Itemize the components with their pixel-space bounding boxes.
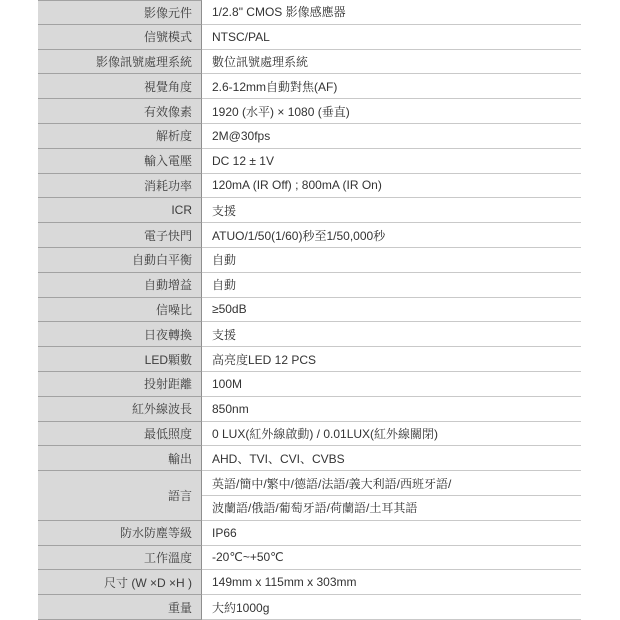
row-value-cell: 支援: [202, 322, 581, 347]
table-row: 最低照度0 LUX(紅外線啟動) / 0.01LUX(紅外線關閉): [38, 422, 581, 447]
table-row: 信噪比≥50dB: [38, 298, 581, 323]
row-label: 影像訊號處理系統: [38, 50, 202, 75]
row-label: 信號模式: [38, 25, 202, 50]
table-row: 影像元件1/2.8" CMOS 影像感應器: [38, 0, 581, 25]
table-row: 輸入電壓DC 12 ± 1V: [38, 149, 581, 174]
row-value: 高亮度LED 12 PCS: [202, 347, 581, 372]
row-value: 149mm x 115mm x 303mm: [202, 570, 581, 595]
row-value: AHD、TVI、CVI、CVBS: [202, 446, 581, 471]
row-label: 信噪比: [38, 298, 202, 323]
row-value: NTSC/PAL: [202, 25, 581, 50]
row-label: 電子快門: [38, 223, 202, 248]
row-value-cell: 850nm: [202, 397, 581, 422]
row-value: 850nm: [202, 397, 581, 422]
table-row: 影像訊號處理系統數位訊號處理系統: [38, 50, 581, 75]
row-label: 消耗功率: [38, 174, 202, 199]
row-value-cell: NTSC/PAL: [202, 25, 581, 50]
row-label: 視覺角度: [38, 74, 202, 99]
row-value-cell: 高亮度LED 12 PCS: [202, 347, 581, 372]
table-row: 解析度2M@30fps: [38, 124, 581, 149]
row-value: 2.6-12mm自動對焦(AF): [202, 74, 581, 99]
row-value: 數位訊號處理系統: [202, 50, 581, 75]
row-label: 防水防塵等級: [38, 521, 202, 546]
table-row: 尺寸 (W ×D ×H )149mm x 115mm x 303mm: [38, 570, 581, 595]
table-row: 投射距離100M: [38, 372, 581, 397]
table-row: 重量大約1000g: [38, 595, 581, 620]
row-value-cell: DC 12 ± 1V: [202, 149, 581, 174]
row-value-cell: ≥50dB: [202, 298, 581, 323]
table-row: 信號模式NTSC/PAL: [38, 25, 581, 50]
table-row: 輸出AHD、TVI、CVI、CVBS: [38, 446, 581, 471]
row-value: 2M@30fps: [202, 124, 581, 149]
table-row: 紅外線波長850nm: [38, 397, 581, 422]
row-value-cell: 100M: [202, 372, 581, 397]
row-value-cell: 149mm x 115mm x 303mm: [202, 570, 581, 595]
table-row: 電子快門ATUO/1/50(1/60)秒至1/50,000秒: [38, 223, 581, 248]
row-value-cell: 自動: [202, 273, 581, 298]
row-value: 大約1000g: [202, 595, 581, 620]
table-row: 自動增益自動: [38, 273, 581, 298]
row-value: DC 12 ± 1V: [202, 149, 581, 174]
row-label: 投射距離: [38, 372, 202, 397]
row-label: 紅外線波長: [38, 397, 202, 422]
row-value-cell: 2M@30fps: [202, 124, 581, 149]
row-label: 自動白平衡: [38, 248, 202, 273]
row-label: ICR: [38, 198, 202, 223]
row-value: ATUO/1/50(1/60)秒至1/50,000秒: [202, 223, 581, 248]
table-row: 有效像素1920 (水平) × 1080 (垂直): [38, 99, 581, 124]
row-value: 1/2.8" CMOS 影像感應器: [202, 0, 581, 25]
table-row: LED顆數高亮度LED 12 PCS: [38, 347, 581, 372]
table-row: 視覺角度2.6-12mm自動對焦(AF): [38, 74, 581, 99]
row-value-cell: 自動: [202, 248, 581, 273]
row-label: 最低照度: [38, 422, 202, 447]
table-row: ICR支援: [38, 198, 581, 223]
row-value-cell: 1920 (水平) × 1080 (垂直): [202, 99, 581, 124]
row-value-cell: 大約1000g: [202, 595, 581, 620]
row-value-cell: 數位訊號處理系統: [202, 50, 581, 75]
row-value-cell: -20℃~+50℃: [202, 546, 581, 571]
row-value-cell: 支援: [202, 198, 581, 223]
row-value-cell: 英語/簡中/繁中/德語/法語/義大利語/西班牙語/波蘭語/俄語/葡萄牙語/荷蘭語…: [202, 471, 581, 521]
row-value: 英語/簡中/繁中/德語/法語/義大利語/西班牙語/: [202, 471, 581, 496]
row-value: 120mA (IR Off) ; 800mA (IR On): [202, 174, 581, 199]
row-label: 自動增益: [38, 273, 202, 298]
table-row: 語言英語/簡中/繁中/德語/法語/義大利語/西班牙語/波蘭語/俄語/葡萄牙語/荷…: [38, 471, 581, 521]
row-label: 解析度: [38, 124, 202, 149]
row-value-cell: 1/2.8" CMOS 影像感應器: [202, 0, 581, 25]
row-value: IP66: [202, 521, 581, 546]
table-row: 防水防塵等級IP66: [38, 521, 581, 546]
row-value-cell: 120mA (IR Off) ; 800mA (IR On): [202, 174, 581, 199]
row-label: 語言: [38, 471, 202, 521]
spec-table: 影像元件1/2.8" CMOS 影像感應器信號模式NTSC/PAL影像訊號處理系…: [38, 0, 581, 620]
table-row: 自動白平衡自動: [38, 248, 581, 273]
row-label: 工作溫度: [38, 546, 202, 571]
table-row: 消耗功率120mA (IR Off) ; 800mA (IR On): [38, 174, 581, 199]
row-label: LED顆數: [38, 347, 202, 372]
row-label: 日夜轉換: [38, 322, 202, 347]
row-label: 重量: [38, 595, 202, 620]
row-value: 自動: [202, 248, 581, 273]
row-label: 輸入電壓: [38, 149, 202, 174]
row-value-cell: 0 LUX(紅外線啟動) / 0.01LUX(紅外線關閉): [202, 422, 581, 447]
row-value-cell: ATUO/1/50(1/60)秒至1/50,000秒: [202, 223, 581, 248]
row-value: 支援: [202, 198, 581, 223]
row-label: 影像元件: [38, 0, 202, 25]
row-value: ≥50dB: [202, 298, 581, 323]
row-label: 尺寸 (W ×D ×H ): [38, 570, 202, 595]
row-value-cell: AHD、TVI、CVI、CVBS: [202, 446, 581, 471]
table-row: 工作溫度-20℃~+50℃: [38, 546, 581, 571]
row-value-cell: 2.6-12mm自動對焦(AF): [202, 74, 581, 99]
row-value: 波蘭語/俄語/葡萄牙語/荷蘭語/土耳其語: [202, 496, 581, 521]
row-value: 0 LUX(紅外線啟動) / 0.01LUX(紅外線關閉): [202, 422, 581, 447]
row-value: 自動: [202, 273, 581, 298]
row-value: 支援: [202, 322, 581, 347]
row-value: 1920 (水平) × 1080 (垂直): [202, 99, 581, 124]
row-value: -20℃~+50℃: [202, 546, 581, 571]
row-label: 有效像素: [38, 99, 202, 124]
table-row: 日夜轉換支援: [38, 322, 581, 347]
row-value: 100M: [202, 372, 581, 397]
row-label: 輸出: [38, 446, 202, 471]
row-value-cell: IP66: [202, 521, 581, 546]
